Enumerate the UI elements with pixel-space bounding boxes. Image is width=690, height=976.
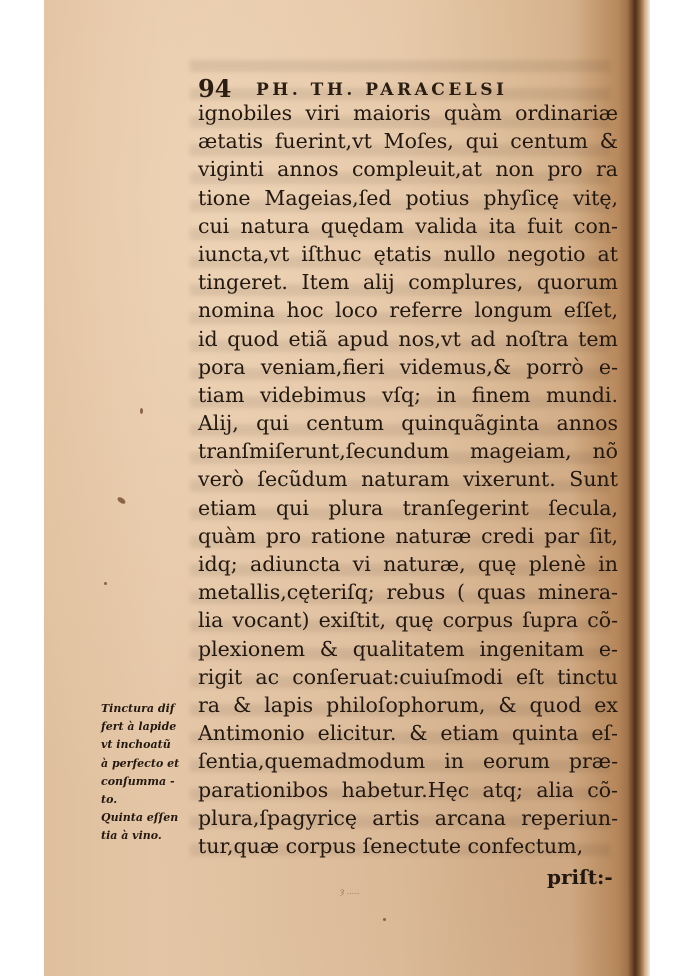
text-line: tiam videbimus vſq; in finem mundi. bbox=[198, 381, 618, 409]
margin-note-line: tia à vino. bbox=[101, 827, 201, 845]
body-text: ignobiles viri maioris quàm ordinariæ æt… bbox=[198, 99, 618, 860]
text-line: verò ſecũdum naturam vixerunt. Sunt bbox=[198, 465, 618, 493]
text-line: quàm pro ratione naturæ credi par ſit, bbox=[198, 522, 618, 550]
page-spine-edge bbox=[628, 0, 644, 976]
text-line: Antimonio elicitur. & etiam quinta eſ- bbox=[198, 719, 618, 747]
margin-note-line: fert à lapide bbox=[101, 718, 201, 736]
text-line: ætatis fuerint,vt Moſes, qui centum & bbox=[198, 127, 618, 155]
text-line: plura,ſpagyricę artis arcana reperiun- bbox=[198, 804, 618, 832]
page-outer-edge bbox=[644, 0, 650, 976]
text-line: parationibos habetur.Hęc atq; alia cõ- bbox=[198, 776, 618, 804]
text-line: nomina hoc loco referre longum eſſet, bbox=[198, 296, 618, 324]
text-line: tranſmiſerunt,ſecundum mageiam, nõ bbox=[198, 437, 618, 465]
margin-note-line: Tinctura dif bbox=[101, 700, 201, 718]
text-line: tingeret. Item alij complures, quorum bbox=[198, 268, 618, 296]
text-line: viginti annos compleuit,at non pro ra bbox=[198, 155, 618, 183]
margin-note-line: à perfecto et bbox=[101, 755, 201, 773]
text-line: id quod etiã apud nos,vt ad noſtra tem bbox=[198, 325, 618, 353]
text-line: etiam qui plura tranſegerint ſecula, bbox=[198, 494, 618, 522]
running-head: PH. TH. PARACELSI bbox=[256, 79, 507, 101]
text-line: tione Mageias,ſed potius phyſicę vitę, bbox=[198, 184, 618, 212]
text-line: ignobiles viri maioris quàm ordinariæ bbox=[198, 99, 618, 127]
ink-spot bbox=[383, 918, 386, 921]
margin-notes: Tinctura dif fert à lapide vt inchoatũ à… bbox=[101, 700, 201, 846]
text-line: ſentia,quemadmodum in eorum præ- bbox=[198, 747, 618, 775]
text-line: tur,quæ corpus ſenectute confectum, bbox=[198, 832, 618, 860]
margin-note-line: to. bbox=[101, 791, 201, 809]
text-line: ra & lapis philoſophorum, & quod ex bbox=[198, 691, 618, 719]
text-line: idq; adiuncta vi naturæ, quę plenè in bbox=[198, 550, 618, 578]
ink-spot bbox=[140, 408, 143, 414]
margin-note-line: conſumma - bbox=[101, 773, 201, 791]
text-line: Alij, qui centum quinquãginta annos bbox=[198, 409, 618, 437]
text-line: lia vocant) exiſtit, quę corpus ſupra cõ… bbox=[198, 606, 618, 634]
ink-spot bbox=[104, 582, 107, 585]
text-line: rigit ac conſeruat:cuiuſmodi eſt tinctu bbox=[198, 663, 618, 691]
margin-note-line: vt inchoatũ bbox=[101, 736, 201, 754]
text-line: cui natura quędam valida ita fuit con- bbox=[198, 212, 618, 240]
text-line: plexionem & qualitatem ingenitam e- bbox=[198, 635, 618, 663]
text-line: metallis,cęteriſq; rebus ( quas minera- bbox=[198, 578, 618, 606]
catchword: priſt:- bbox=[547, 865, 613, 889]
text-line: pora veniam,fieri videmus,& porrò e- bbox=[198, 353, 618, 381]
text-line: iuncta,vt iſthuc ętatis nullo negotio at bbox=[198, 240, 618, 268]
faint-handwriting: ȝ ..... bbox=[340, 887, 359, 896]
margin-note-line: Quinta eſſen bbox=[101, 809, 201, 827]
